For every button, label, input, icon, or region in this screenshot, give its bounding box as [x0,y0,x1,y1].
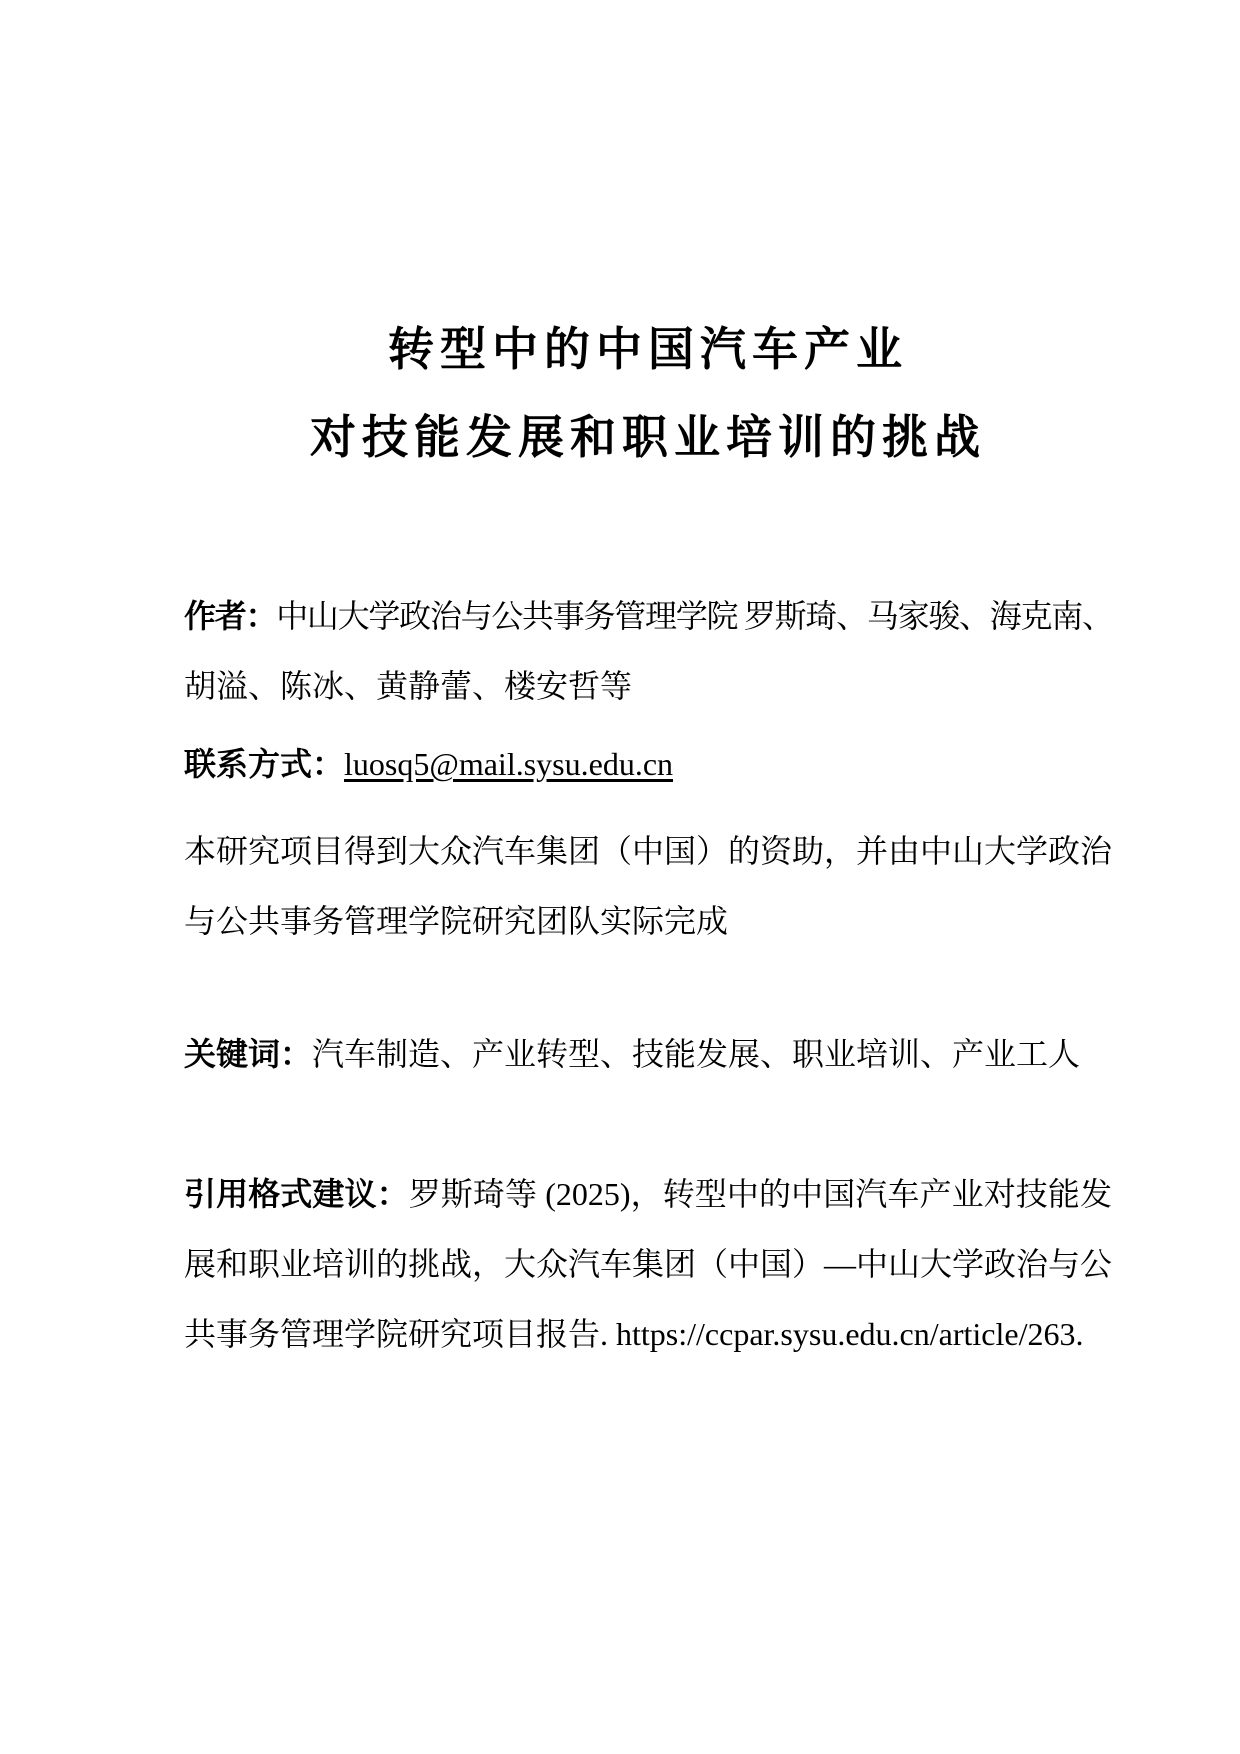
authors-paragraph: 作者：中山大学政治与公共事务管理学院 罗斯琦、马家骏、海克南、 胡溢、陈冰、黄静… [184,581,1112,721]
title-line-1: 转型中的中国汽车产业 [184,306,1112,394]
funding-line-2: 与公共事务管理学院研究团队实际完成 [184,886,1112,956]
citation-line-3: 共事务管理学院研究项目报告. https://ccpar.sysu.edu.cn… [184,1299,1112,1369]
funding-paragraph: 本研究项目得到大众汽车集团（中国）的资助，并由中山大学政治 与公共事务管理学院研… [184,816,1112,956]
citation-text-1: 罗斯琦等 (2025)，转型中的中国汽车产业对技能发 [409,1176,1112,1212]
contact-email-link[interactable]: luosq5@mail.sysu.edu.cn [344,746,673,782]
document-page: 转型中的中国汽车产业 对技能发展和职业培训的挑战 作者：中山大学政治与公共事务管… [0,0,1240,1754]
authors-line-2: 胡溢、陈冰、黄静蕾、楼安哲等 [184,651,1112,721]
authors-names: 中山大学政治与公共事务管理学院 罗斯琦、马家骏、海克南、 [276,598,1112,634]
keywords-text: 汽车制造、产业转型、技能发展、职业培训、产业工人 [312,1036,1080,1072]
citation-paragraph: 引用格式建议：罗斯琦等 (2025)，转型中的中国汽车产业对技能发 展和职业培训… [184,1159,1112,1369]
contact-label: 联系方式： [184,746,344,782]
citation-line-1: 引用格式建议：罗斯琦等 (2025)，转型中的中国汽车产业对技能发 [184,1159,1112,1229]
citation-text-3: 共事务管理学院研究项目报告. [184,1316,616,1352]
title-line-2: 对技能发展和职业培训的挑战 [184,394,1112,482]
citation-url: https://ccpar.sysu.edu.cn/article/263. [616,1316,1083,1352]
funding-line-1: 本研究项目得到大众汽车集团（中国）的资助，并由中山大学政治 [184,816,1112,886]
document-title: 转型中的中国汽车产业 对技能发展和职业培训的挑战 [184,306,1112,482]
authors-line-1: 作者：中山大学政治与公共事务管理学院 罗斯琦、马家骏、海克南、 [184,581,1112,651]
keywords-paragraph: 关键词：汽车制造、产业转型、技能发展、职业培训、产业工人 [184,1019,1112,1089]
contact-paragraph: 联系方式：luosq5@mail.sysu.edu.cn [184,729,1112,799]
citation-line-2: 展和职业培训的挑战，大众汽车集团（中国）—中山大学政治与公 [184,1229,1112,1299]
authors-label: 作者： [184,598,276,634]
citation-label: 引用格式建议： [184,1176,409,1212]
keywords-label: 关键词： [184,1036,312,1072]
